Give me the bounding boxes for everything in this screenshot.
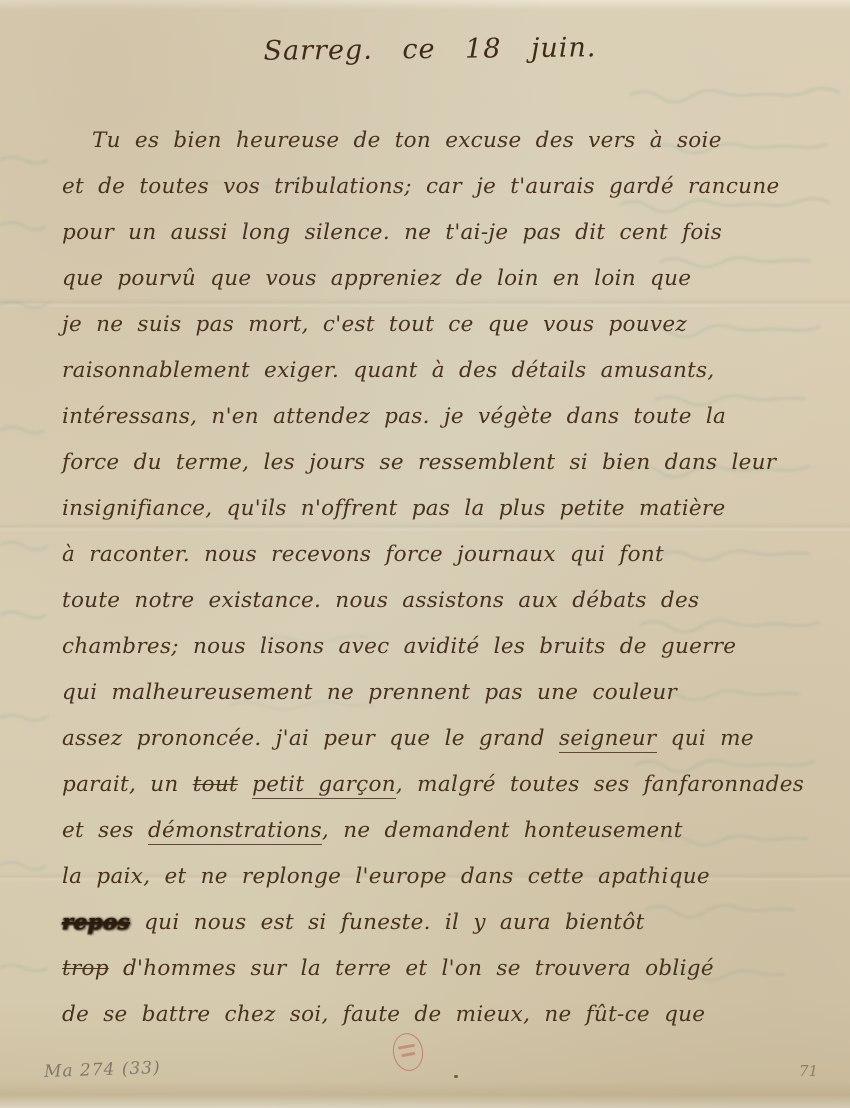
shelfmark-annotation: Ma 274 (33): [44, 1058, 161, 1082]
line-text: et de toutes vos tribulations; car je t'…: [62, 174, 780, 199]
line-text: assez prononcée. j'ai peur que le grand: [62, 726, 559, 751]
letter-line: pour un aussi long silence. ne t'ai-je p…: [62, 210, 804, 256]
line-text: Tu es bien heureuse de ton excuse des ve…: [92, 128, 722, 153]
letter-line: intéressans, n'en attendez pas. je végèt…: [62, 394, 804, 440]
line-text: de se battre chez soi, faute de mieux, n…: [62, 1002, 705, 1027]
line-text: d'hommes sur la terre et l'on se trouver…: [109, 956, 714, 981]
letter-line: de se battre chez soi, faute de mieux, n…: [62, 992, 804, 1038]
line-text: raisonnablement exiger. quant à des déta…: [62, 358, 715, 383]
folio-number: 71: [799, 1062, 818, 1080]
line-text: chambres; nous lisons avec avidité les b…: [62, 634, 736, 659]
letter-line: qui malheureusement ne prennent pas une …: [62, 670, 804, 716]
line-text: et ses: [62, 818, 148, 843]
line-text: la paix, et ne replonge l'europe dans ce…: [62, 864, 710, 889]
line-text: parait, un: [62, 772, 193, 797]
letter-line: parait, un tout petit garçon, malgré tou…: [62, 762, 804, 808]
line-text: , ne demandent honteusement: [322, 818, 683, 843]
line-text: , malgré toutes ses fanfaronnades: [396, 772, 804, 797]
line-text: que pourvû que vous appreniez de loin en…: [62, 266, 691, 291]
letter-line: que pourvû que vous appreniez de loin en…: [62, 256, 804, 302]
line-text: pour un aussi long silence. ne t'ai-je p…: [62, 220, 722, 245]
line-text: qui nous est si funeste. il y aura bient…: [130, 910, 645, 935]
letter-line: et de toutes vos tribulations; car je t'…: [62, 164, 804, 210]
letter-line: force du terme, les jours se ressemblent…: [62, 440, 804, 486]
ink-speck: [454, 1075, 458, 1078]
line-text: insignifiance, qu'ils n'offrent pas la p…: [62, 496, 726, 521]
emphasized-word: trop: [62, 956, 109, 981]
line-text: qui malheureusement ne prennent pas une …: [62, 680, 677, 705]
letter-line: assez prononcée. j'ai peur que le grand …: [62, 716, 804, 762]
emphasized-word: seigneur: [559, 726, 657, 753]
letter-line: et ses démonstrations, ne demandent hont…: [62, 808, 804, 854]
emphasized-word: repos: [62, 910, 130, 935]
line-text: [238, 772, 252, 797]
letter-line: à raconter. nous recevons force journaux…: [62, 532, 804, 578]
line-text: intéressans, n'en attendez pas. je végèt…: [62, 404, 726, 429]
line-text: qui me: [657, 726, 754, 751]
emphasized-word: petit garçon: [252, 772, 396, 799]
letter-dateline: Sarreg. ce 18 juin.: [170, 31, 690, 67]
stamp-text-mark: [398, 1044, 415, 1050]
emphasized-word: démonstrations: [148, 818, 322, 845]
line-text: à raconter. nous recevons force journaux…: [62, 542, 664, 567]
letter-line: toute notre existance. nous assistons au…: [62, 578, 804, 624]
letter-body: Tu es bien heureuse de ton excuse des ve…: [62, 118, 804, 1038]
letter-line: repos qui nous est si funeste. il y aura…: [62, 900, 804, 946]
letter-line: trop d'hommes sur la terre et l'on se tr…: [62, 946, 804, 992]
line-text: je ne suis pas mort, c'est tout ce que v…: [62, 312, 687, 337]
letter-line: Tu es bien heureuse de ton excuse des ve…: [62, 118, 804, 164]
letter-line: insignifiance, qu'ils n'offrent pas la p…: [62, 486, 804, 532]
letter-line: je ne suis pas mort, c'est tout ce que v…: [62, 302, 804, 348]
letter-line: la paix, et ne replonge l'europe dans ce…: [62, 854, 804, 900]
manuscript-page: Sarreg. ce 18 juin. Tu es bien heureuse …: [0, 0, 850, 1108]
line-text: toute notre existance. nous assistons au…: [62, 588, 699, 613]
letter-line: raisonnablement exiger. quant à des déta…: [62, 348, 804, 394]
letter-line: chambres; nous lisons avec avidité les b…: [62, 624, 804, 670]
stamp-text-mark: [401, 1052, 415, 1057]
line-text: force du terme, les jours se ressemblent…: [62, 450, 776, 475]
emphasized-word: tout: [193, 772, 238, 797]
